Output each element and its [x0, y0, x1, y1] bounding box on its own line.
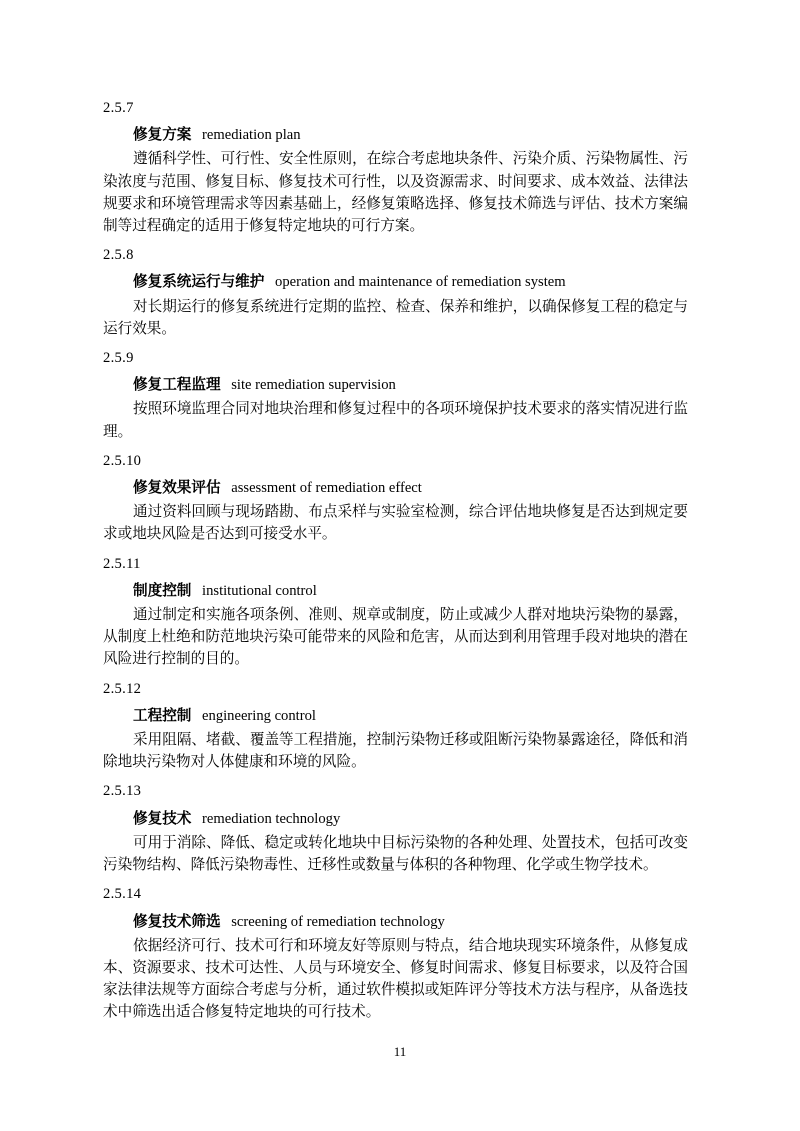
term-chinese: 修复效果评估: [133, 480, 221, 496]
term-definition: 采用阻隔、堵截、覆盖等工程措施，控制污染物迁移或阻断污染物暴露途径，降低和消除地…: [103, 729, 688, 773]
term-section-2-5-7: 2.5.7 修复方案 remediation plan 遵循科学性、可行性、安全…: [103, 97, 688, 237]
term-chinese: 修复工程监理: [133, 377, 221, 393]
section-number: 2.5.11: [103, 553, 688, 575]
term-section-2-5-14: 2.5.14 修复技术筛选 screening of remediation t…: [103, 883, 688, 1023]
section-number: 2.5.12: [103, 678, 688, 700]
term-chinese: 修复技术: [133, 811, 191, 827]
section-number: 2.5.14: [103, 883, 688, 905]
term-chinese: 工程控制: [133, 708, 191, 724]
term-section-2-5-9: 2.5.9 修复工程监理 site remediation supervisio…: [103, 347, 688, 443]
term-heading: 修复技术 remediation technology: [103, 808, 688, 830]
section-number: 2.5.9: [103, 347, 688, 369]
section-number: 2.5.7: [103, 97, 688, 119]
term-english: operation and maintenance of remediation…: [275, 274, 566, 290]
term-section-2-5-12: 2.5.12 工程控制 engineering control 采用阻隔、堵截、…: [103, 678, 688, 774]
term-heading: 修复技术筛选 screening of remediation technolo…: [103, 911, 688, 933]
term-chinese: 修复系统运行与维护: [133, 274, 264, 290]
term-heading: 制度控制 institutional control: [103, 580, 688, 602]
term-heading: 修复方案 remediation plan: [103, 124, 688, 146]
section-number: 2.5.8: [103, 244, 688, 266]
term-english: screening of remediation technology: [231, 914, 445, 930]
section-number: 2.5.10: [103, 450, 688, 472]
term-section-2-5-8: 2.5.8 修复系统运行与维护 operation and maintenanc…: [103, 244, 688, 340]
term-english: institutional control: [202, 583, 317, 599]
term-definition: 通过制定和实施各项条例、准则、规章或制度，防止或减少人群对地块污染物的暴露，从制…: [103, 604, 688, 671]
section-number: 2.5.13: [103, 780, 688, 802]
document-page: 2.5.7 修复方案 remediation plan 遵循科学性、可行性、安全…: [0, 0, 800, 1131]
term-english: site remediation supervision: [231, 377, 396, 393]
term-definition: 遵循科学性、可行性、安全性原则，在综合考虑地块条件、污染介质、污染物属性、污染浓…: [103, 148, 688, 237]
term-heading: 修复工程监理 site remediation supervision: [103, 374, 688, 396]
term-chinese: 修复方案: [133, 127, 191, 143]
page-number: 11: [0, 1044, 800, 1060]
term-definition: 可用于消除、降低、稳定或转化地块中目标污染物的各种处理、处置技术，包括可改变污染…: [103, 832, 688, 876]
term-english: engineering control: [202, 708, 316, 724]
term-definition: 对长期运行的修复系统进行定期的监控、检查、保养和维护，以确保修复工程的稳定与运行…: [103, 296, 688, 340]
term-definition: 通过资料回顾与现场踏勘、布点采样与实验室检测，综合评估地块修复是否达到规定要求或…: [103, 501, 688, 545]
term-section-2-5-13: 2.5.13 修复技术 remediation technology 可用于消除…: [103, 780, 688, 876]
term-chinese: 制度控制: [133, 583, 191, 599]
term-section-2-5-10: 2.5.10 修复效果评估 assessment of remediation …: [103, 450, 688, 546]
term-english: remediation plan: [202, 127, 300, 143]
term-definition: 按照环境监理合同对地块治理和修复过程中的各项环境保护技术要求的落实情况进行监理。: [103, 398, 688, 442]
term-heading: 修复系统运行与维护 operation and maintenance of r…: [103, 271, 688, 293]
term-chinese: 修复技术筛选: [133, 914, 221, 930]
term-definition: 依据经济可行、技术可行和环境友好等原则与特点，结合地块现实环境条件，从修复成本、…: [103, 935, 688, 1024]
term-heading: 修复效果评估 assessment of remediation effect: [103, 477, 688, 499]
term-english: remediation technology: [202, 811, 340, 827]
term-section-2-5-11: 2.5.11 制度控制 institutional control 通过制定和实…: [103, 553, 688, 671]
term-heading: 工程控制 engineering control: [103, 705, 688, 727]
term-english: assessment of remediation effect: [231, 480, 422, 496]
